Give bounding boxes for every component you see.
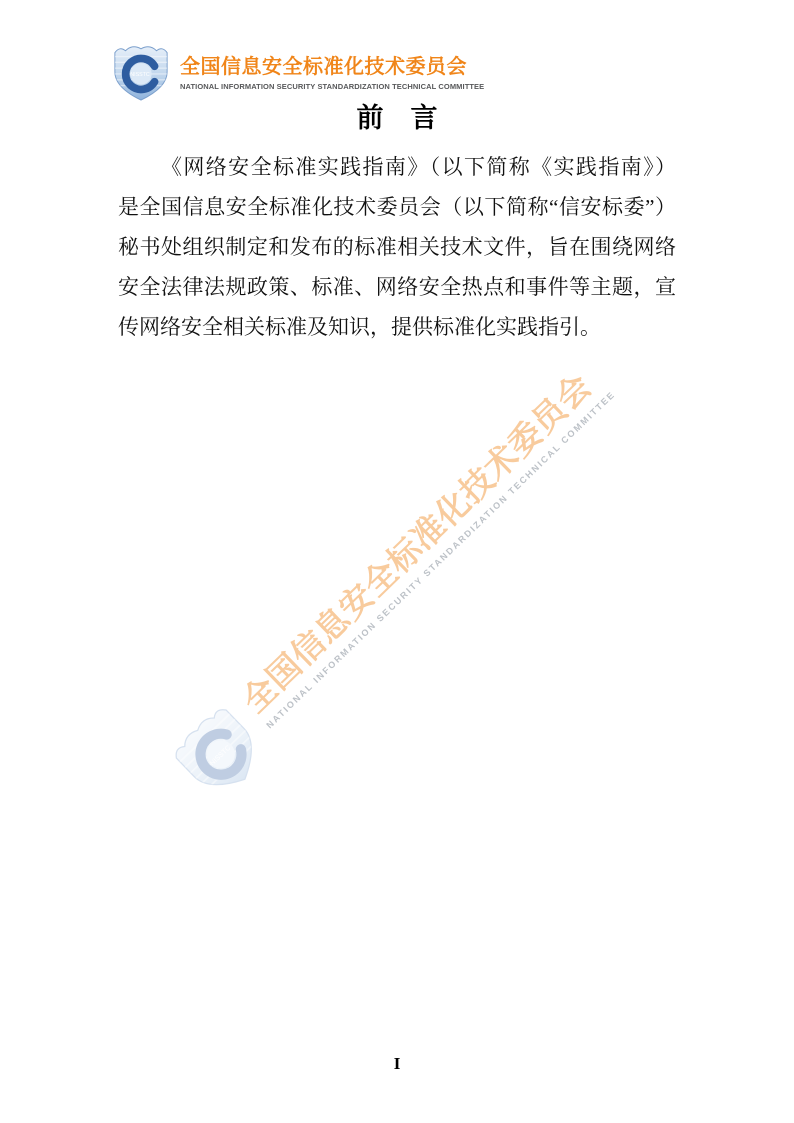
org-name-chinese: 全国信息安全标准化技术委员会 <box>180 55 484 79</box>
document-page: { "page": { "background": "#FFFFFF", "nu… <box>0 0 794 1123</box>
nisstc-shield-icon <box>110 43 172 103</box>
watermark-texts: 全国信息安全标准化技术委员会 NATIONAL INFORMATION SECU… <box>235 359 617 730</box>
org-name-english: NATIONAL INFORMATION SECURITY STANDARDIZ… <box>180 82 484 91</box>
paragraph-line: 传网络安全相关标准及知识，提供标准化实践指引。 <box>118 307 676 347</box>
preface-paragraph: 《网络安全标准实践指南》（以下简称《实践指南》） 是全国信息安全标准化技术委员会… <box>118 147 676 347</box>
watermark: 全国信息安全标准化技术委员会 NATIONAL INFORMATION SECU… <box>151 317 659 813</box>
paragraph-line: 安全法律法规政策、标准、网络安全热点和事件等主题，宣 <box>118 267 676 307</box>
paragraph-line: 《网络安全标准实践指南》（以下简称《实践指南》） <box>118 147 676 187</box>
org-header: 全国信息安全标准化技术委员会 NATIONAL INFORMATION SECU… <box>110 43 484 103</box>
org-header-text: 全国信息安全标准化技术委员会 NATIONAL INFORMATION SECU… <box>180 55 484 91</box>
nisstc-shield-icon <box>163 696 278 811</box>
paragraph-line: 秘书处组织制定和发布的标准相关技术文件，旨在围绕网络 <box>118 227 676 267</box>
page-title: 前 言 <box>0 101 794 135</box>
watermark-text-chinese: 全国信息安全标准化技术委员会 <box>235 359 607 720</box>
watermark-text-english: NATIONAL INFORMATION SECURITY STANDARDIZ… <box>264 389 617 730</box>
page-number: I <box>0 1054 794 1074</box>
paragraph-line: 是全国信息安全标准化技术委员会（以下简称“信安标委”） <box>118 187 676 227</box>
